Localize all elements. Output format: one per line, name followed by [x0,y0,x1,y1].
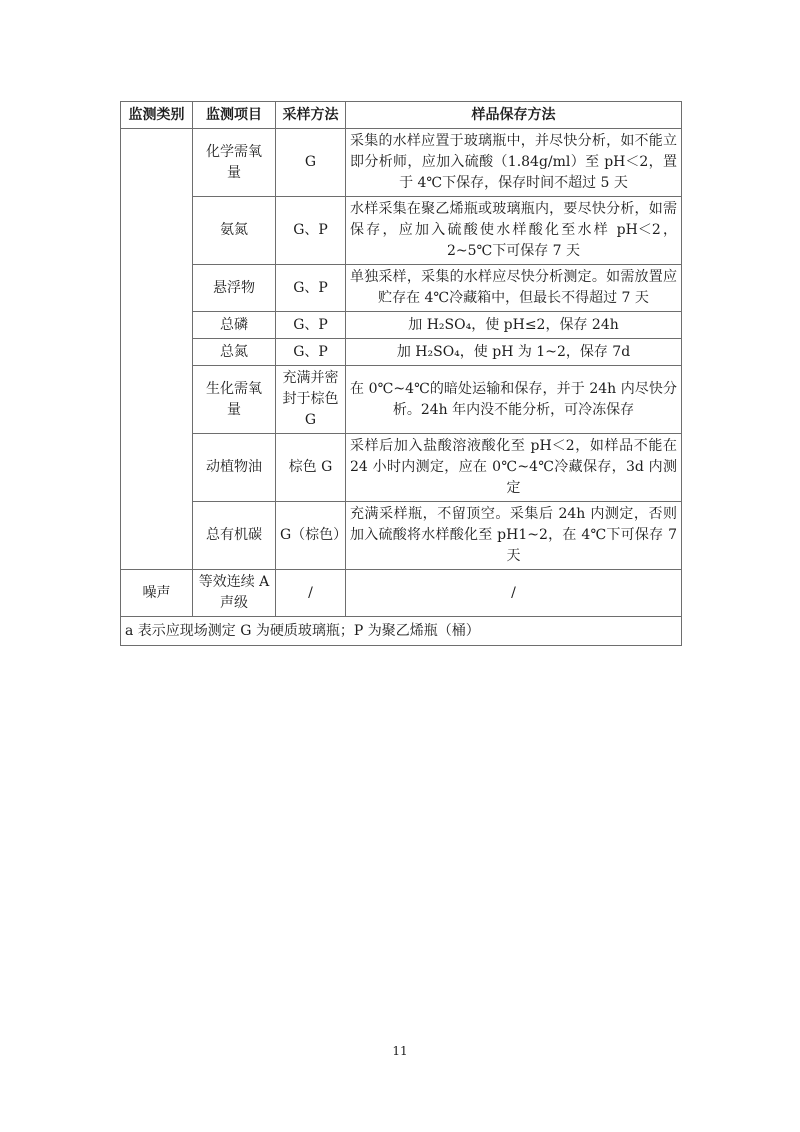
preservation-cell: 在 0℃~4℃的暗处运输和保存，并于 24h 内尽快分析。24h 年内没不能分析… [346,366,682,434]
table-footnote: a 表示应现场测定 G 为硬质玻璃瓶；P 为聚乙烯瓶（桶） [121,617,682,646]
method-cell: G、P [276,312,346,339]
category-cell-noise: 噪声 [121,570,193,617]
method-cell: G、P [276,265,346,312]
category-merged-cell [121,129,193,570]
item-cell: 总有机碳 [193,502,276,570]
item-cell: 化学需氧 量 [193,129,276,197]
table-header-row: 监测类别 监测项目 采样方法 样品保存方法 [121,102,682,129]
header-category: 监测类别 [121,102,193,129]
item-cell: 总磷 [193,312,276,339]
item-cell: 等效连续 A 声级 [193,570,276,617]
preservation-cell: 充满采样瓶，不留顶空。采集后 24h 内测定，否则加入硫酸将水样酸化至 pH1~… [346,502,682,570]
preservation-cell: 加 H₂SO₄，使 pH≤2，保存 24h [346,312,682,339]
table-row: 氨氮 G、P 水样采集在聚乙烯瓶或玻璃瓶内，要尽快分析，如需保存，应加入硫酸使水… [121,197,682,265]
preservation-cell: 采样后加入盐酸溶液酸化至 pH＜2，如样品不能在 24 小时内测定，应在 0℃~… [346,434,682,502]
table-row: 悬浮物 G、P 单独采样，采集的水样应尽快分析测定。如需放置应贮存在 4℃冷藏箱… [121,265,682,312]
item-cell: 总氮 [193,339,276,366]
method-cell: G [276,129,346,197]
preservation-cell: 单独采样，采集的水样应尽快分析测定。如需放置应贮存在 4℃冷藏箱中，但最长不得超… [346,265,682,312]
table-row: 总氮 G、P 加 H₂SO₄，使 pH 为 1~2，保存 7d [121,339,682,366]
item-cell: 生化需氧 量 [193,366,276,434]
table-row: 生化需氧 量 充满并密 封于棕色 G 在 0℃~4℃的暗处运输和保存，并于 24… [121,366,682,434]
item-cell: 氨氮 [193,197,276,265]
preservation-cell: / [346,570,682,617]
document-page: 监测类别 监测项目 采样方法 样品保存方法 化学需氧 量 G 采集的水样应置于玻… [0,0,800,1132]
item-cell: 悬浮物 [193,265,276,312]
header-item: 监测项目 [193,102,276,129]
method-cell: G、P [276,339,346,366]
method-cell: 充满并密 封于棕色 G [276,366,346,434]
method-cell: / [276,570,346,617]
header-preservation: 样品保存方法 [346,102,682,129]
table-footnote-row: a 表示应现场测定 G 为硬质玻璃瓶；P 为聚乙烯瓶（桶） [121,617,682,646]
method-cell: 棕色 G [276,434,346,502]
preservation-cell: 采集的水样应置于玻璃瓶中，并尽快分析，如不能立即分析师，应加入硫酸（1.84g/… [346,129,682,197]
item-cell: 动植物油 [193,434,276,502]
preservation-cell: 加 H₂SO₄，使 pH 为 1~2，保存 7d [346,339,682,366]
monitoring-sampling-table: 监测类别 监测项目 采样方法 样品保存方法 化学需氧 量 G 采集的水样应置于玻… [120,101,682,646]
table-row: 总磷 G、P 加 H₂SO₄，使 pH≤2，保存 24h [121,312,682,339]
table-row: 总有机碳 G（棕色） 充满采样瓶，不留顶空。采集后 24h 内测定，否则加入硫酸… [121,502,682,570]
method-cell: G、P [276,197,346,265]
table-row: 化学需氧 量 G 采集的水样应置于玻璃瓶中，并尽快分析，如不能立即分析师，应加入… [121,129,682,197]
preservation-cell: 水样采集在聚乙烯瓶或玻璃瓶内，要尽快分析，如需保存，应加入硫酸使水样酸化至水样 … [346,197,682,265]
method-cell: G（棕色） [276,502,346,570]
page-number: 11 [0,1044,800,1058]
header-method: 采样方法 [276,102,346,129]
table-row: 噪声 等效连续 A 声级 / / [121,570,682,617]
table-row: 动植物油 棕色 G 采样后加入盐酸溶液酸化至 pH＜2，如样品不能在 24 小时… [121,434,682,502]
